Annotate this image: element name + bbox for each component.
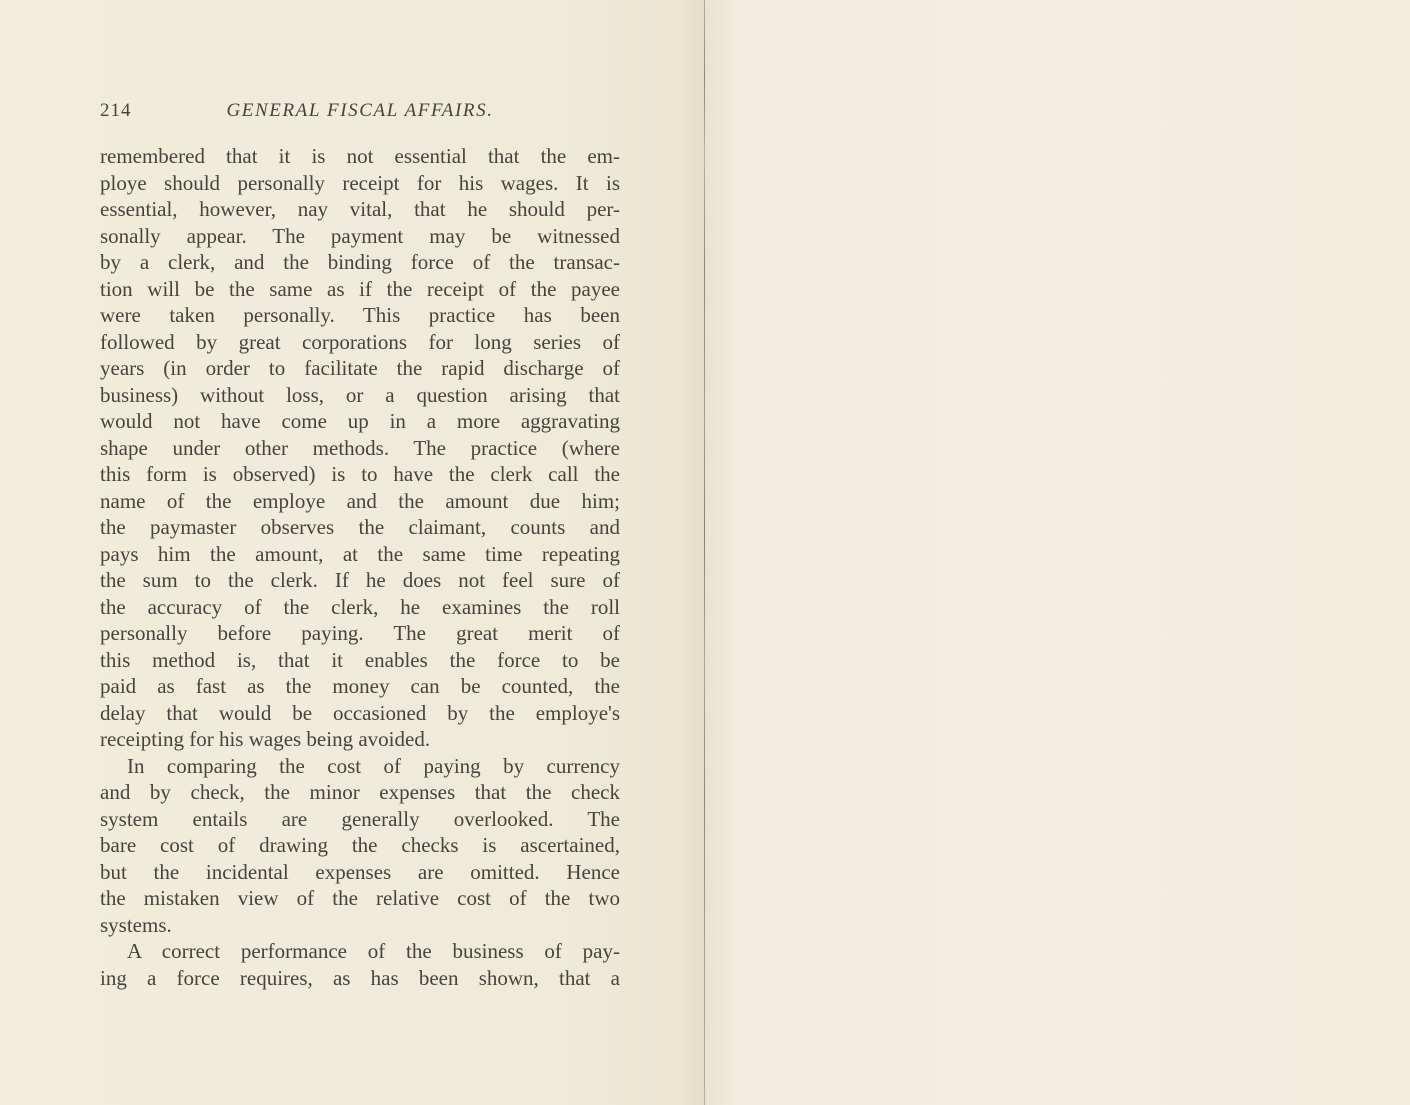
text-line: A correct performance of the business of… [100, 938, 620, 965]
text-line: name of the employe and the amount due h… [100, 488, 620, 515]
text-line: personally before paying. The great meri… [100, 620, 620, 647]
running-title-left: GENERAL FISCAL AFFAIRS. [100, 100, 620, 122]
page-left-body-text: remembered that it is not essential that… [100, 143, 620, 991]
running-head-left: 214 GENERAL FISCAL AFFAIRS. [100, 100, 620, 126]
text-line: shape under other methods. The practice … [100, 435, 620, 462]
text-line: sonally appear. The payment may be witne… [100, 223, 620, 250]
text-line: In comparing the cost of paying by curre… [100, 753, 620, 780]
text-line: the mistaken view of the relative cost o… [100, 885, 620, 912]
text-line: the accuracy of the clerk, he examines t… [100, 594, 620, 621]
text-line: essential, however, nay vital, that he s… [100, 196, 620, 223]
text-line: were taken personally. This practice has… [100, 302, 620, 329]
text-line: paid as fast as the money can be counted… [100, 673, 620, 700]
page-right: PAYMENT OF WAGES. 215 paymaster shall be… [705, 0, 1410, 1105]
text-line: ing a force requires, as has been shown,… [100, 965, 620, 992]
text-line: followed by great corporations for long … [100, 329, 620, 356]
text-line: this method is, that it enables the forc… [100, 647, 620, 674]
page-left: 214 GENERAL FISCAL AFFAIRS. remembered t… [0, 0, 705, 1105]
text-line: the sum to the clerk. If he does not fee… [100, 567, 620, 594]
book-spread: 214 GENERAL FISCAL AFFAIRS. remembered t… [0, 0, 1410, 1105]
text-line: years (in order to facilitate the rapid … [100, 355, 620, 382]
text-line: pays him the amount, at the same time re… [100, 541, 620, 568]
text-line: bare cost of drawing the checks is ascer… [100, 832, 620, 859]
text-line: systems. [100, 912, 620, 939]
text-line: this form is observed) is to have the cl… [100, 461, 620, 488]
text-line: delay that would be occasioned by the em… [100, 700, 620, 727]
text-line: ploye should personally receipt for his … [100, 170, 620, 197]
text-line: receipting for his wages being avoided. [100, 726, 620, 753]
text-line: tion will be the same as if the receipt … [100, 276, 620, 303]
text-line: would not have come up in a more aggrava… [100, 408, 620, 435]
text-line: business) without loss, or a question ar… [100, 382, 620, 409]
text-line: but the incidental expenses are omitted.… [100, 859, 620, 886]
text-line: remembered that it is not essential that… [100, 143, 620, 170]
text-line: system entails are generally overlooked.… [100, 806, 620, 833]
text-line: the paymaster observes the claimant, cou… [100, 514, 620, 541]
text-line: by a clerk, and the binding force of the… [100, 249, 620, 276]
text-line: and by check, the minor expenses that th… [100, 779, 620, 806]
